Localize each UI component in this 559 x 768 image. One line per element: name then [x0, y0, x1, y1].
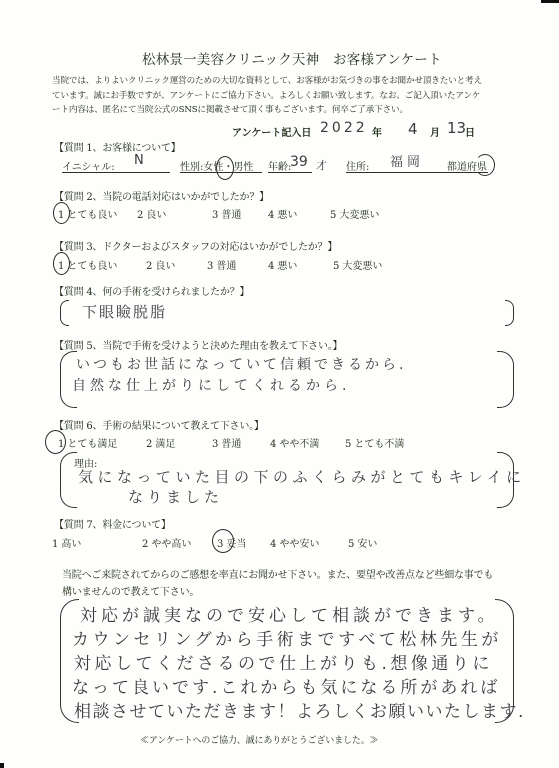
q2-option-3: 3普通	[212, 206, 241, 221]
option-label: 悪い	[277, 261, 297, 272]
option-number: 4	[268, 210, 274, 221]
option-label: 良い	[146, 210, 166, 221]
intro-line-2: ています。誠にお手数ですが、アンケートにご協力下さい。よろしくお願い致します。な…	[52, 89, 480, 101]
option-label: とても満足	[67, 439, 117, 450]
comments-answer-line-2: カウンセリングから手術まですべて松林先生が	[72, 625, 502, 650]
option-number: 3	[212, 210, 218, 221]
q3-selected-circle	[53, 252, 70, 275]
option-label: 大変悪い	[342, 261, 382, 272]
date-month-unit: 月	[430, 124, 440, 139]
thank-you-footer: ≪アンケートへのご協力、誠にありがとうございました。≫	[140, 733, 378, 746]
question-4-header: 【質問 4、何の手術を受けられましたか？】	[54, 283, 249, 298]
option-number: 4	[270, 539, 276, 550]
comments-answer-line-3: 対応してくださるので仕上がりも.想像通りに	[74, 649, 493, 674]
address-value: 福岡	[390, 151, 424, 170]
q7-option-5: 5安い	[348, 535, 377, 550]
option-label: とても良い	[67, 210, 117, 221]
question-1-header: 【質問 1、お客様について】	[54, 139, 181, 154]
q7-option-4: 4やや安い	[270, 535, 319, 550]
q4-bracket-left	[60, 300, 69, 326]
date-year-unit: 年	[372, 124, 382, 139]
question-2-header: 【質問 2、当院の電話対応はいかがでしたか？】	[54, 188, 269, 203]
option-label: 悪い	[277, 210, 297, 221]
option-label: とても不満	[354, 439, 404, 450]
q6-reason-line-2: なりました	[128, 486, 223, 507]
option-number: 2	[142, 539, 148, 550]
q3-option-3: 3普通	[207, 257, 236, 272]
age-underline	[268, 172, 312, 173]
gender-selected-circle	[216, 156, 234, 180]
q6-option-1: 1とても満足	[58, 435, 117, 450]
q3-option-2: 2良い	[146, 257, 175, 272]
q7-option-2: 2やや高い	[142, 535, 191, 550]
questionnaire-scan: 松林景一美容クリニック天神 お客様アンケート 当院では、よりよいクリニック運営の…	[0, 0, 559, 768]
initial-value: N	[134, 153, 144, 168]
option-label: やや不満	[279, 439, 319, 450]
option-label: 良い	[155, 261, 175, 272]
q3-option-5: 5大変悪い	[333, 257, 382, 272]
option-number: 2	[137, 210, 143, 221]
q5-answer-line-1: いつもお世話になっていて信頼できるから.	[76, 354, 406, 374]
q6-selected-circle	[45, 430, 66, 454]
option-label: 満足	[155, 439, 175, 450]
q2-option-5: 5大変悪い	[330, 206, 379, 221]
intro-line-1: 当院では、よりよいクリニック運営のための大切な資料として、お客様がお気づきの事を…	[52, 74, 482, 86]
q7-selected-circle	[212, 529, 234, 553]
q2-option-2: 2良い	[137, 206, 166, 221]
age-unit: 才	[316, 157, 327, 173]
document-title: 松林景一美容クリニック天神 お客様アンケート	[142, 48, 442, 68]
q6-option-4: 4やや不満	[270, 435, 319, 450]
option-label: 普通	[221, 210, 241, 221]
q5-bracket-right	[497, 351, 514, 408]
age-label: 年齢:	[268, 158, 291, 173]
date-month-value: 4	[408, 120, 418, 138]
q2-selected-circle	[53, 202, 70, 224]
option-label: 普通	[221, 439, 241, 450]
date-label: アンケート記入日	[232, 124, 311, 139]
option-number: 1	[52, 539, 58, 550]
q4-bracket-right	[505, 300, 514, 326]
option-number: 4	[270, 439, 276, 450]
comments-answer-line-4: なって良いです.これからも気になる所があれば	[72, 673, 500, 698]
prefecture-selected-circle	[475, 154, 495, 176]
option-number: 4	[268, 261, 274, 272]
date-year-value: 2022	[320, 120, 368, 136]
option-number: 5	[333, 261, 339, 272]
option-label: やや高い	[151, 539, 191, 550]
option-label: 普通	[216, 261, 236, 272]
date-day-unit: 日	[465, 124, 475, 139]
comments-prompt-line-1: 当院へご来院されてからのご感想を率直にお聞かせ下さい。また、要望や改善点など些細…	[62, 566, 493, 581]
option-label: やや安い	[279, 539, 319, 550]
question-5-header: 【質問 5、当院で手術を受けようと決めた理由を教えて下さい。】	[54, 337, 342, 352]
address-underline	[346, 172, 488, 173]
q6-option-2: 2満足	[146, 435, 175, 450]
q7-option-1: 1高い	[52, 535, 81, 550]
question-6-header: 【質問 6、手術の結果について教えて下さい。】	[54, 417, 264, 432]
comments-answer-line-5: 相談させていただきます！よろしくお願いいたします.	[74, 697, 525, 722]
option-label: 安い	[357, 539, 377, 550]
option-number: 5	[330, 210, 336, 221]
scan-mark-bottom-left	[0, 763, 4, 768]
address-label: 住所:	[346, 158, 369, 173]
q4-answer: 下眼瞼脱脂	[82, 301, 167, 322]
date-day-value: 13	[447, 119, 466, 137]
initial-label: イニシャル:	[62, 158, 115, 173]
option-number: 2	[146, 439, 152, 450]
comments-answer-line-1: 対応が誠実なので安心して相談ができます。	[80, 601, 499, 626]
age-value: 39	[290, 154, 308, 170]
option-number: 5	[348, 539, 354, 550]
option-number: 5	[345, 439, 351, 450]
q2-option-4: 4悪い	[268, 206, 297, 221]
q6-option-5: 5とても不満	[345, 435, 404, 450]
q6-option-3: 3普通	[212, 435, 241, 450]
scan-mark-top-right	[541, 0, 559, 3]
intro-line-3: ート内容は、匿名にて当院公式のSNSに掲載させて頂く事もございます。何卒ご了承下…	[52, 103, 408, 115]
option-label: 大変悪い	[339, 210, 379, 221]
option-number: 3	[207, 261, 213, 272]
question-3-header: 【質問 3、ドクターおよびスタッフの対応はいかがでしたか？】	[54, 238, 337, 253]
comments-prompt-line-2: 構いませんので教えて下さい。	[62, 583, 199, 598]
option-label: 高い	[61, 539, 81, 550]
initial-underline	[62, 172, 170, 173]
q5-answer-line-2: 自然な仕上がりにしてくれるから.	[72, 375, 350, 395]
option-number: 3	[212, 439, 218, 450]
question-7-header: 【質問 7、料金について】	[54, 516, 171, 531]
q6-reason-line-1: 気になっていた目の下のふくらみがとてもキレイに	[78, 466, 526, 487]
q3-option-4: 4悪い	[268, 257, 297, 272]
option-label: とても良い	[67, 261, 117, 272]
option-number: 2	[146, 261, 152, 272]
